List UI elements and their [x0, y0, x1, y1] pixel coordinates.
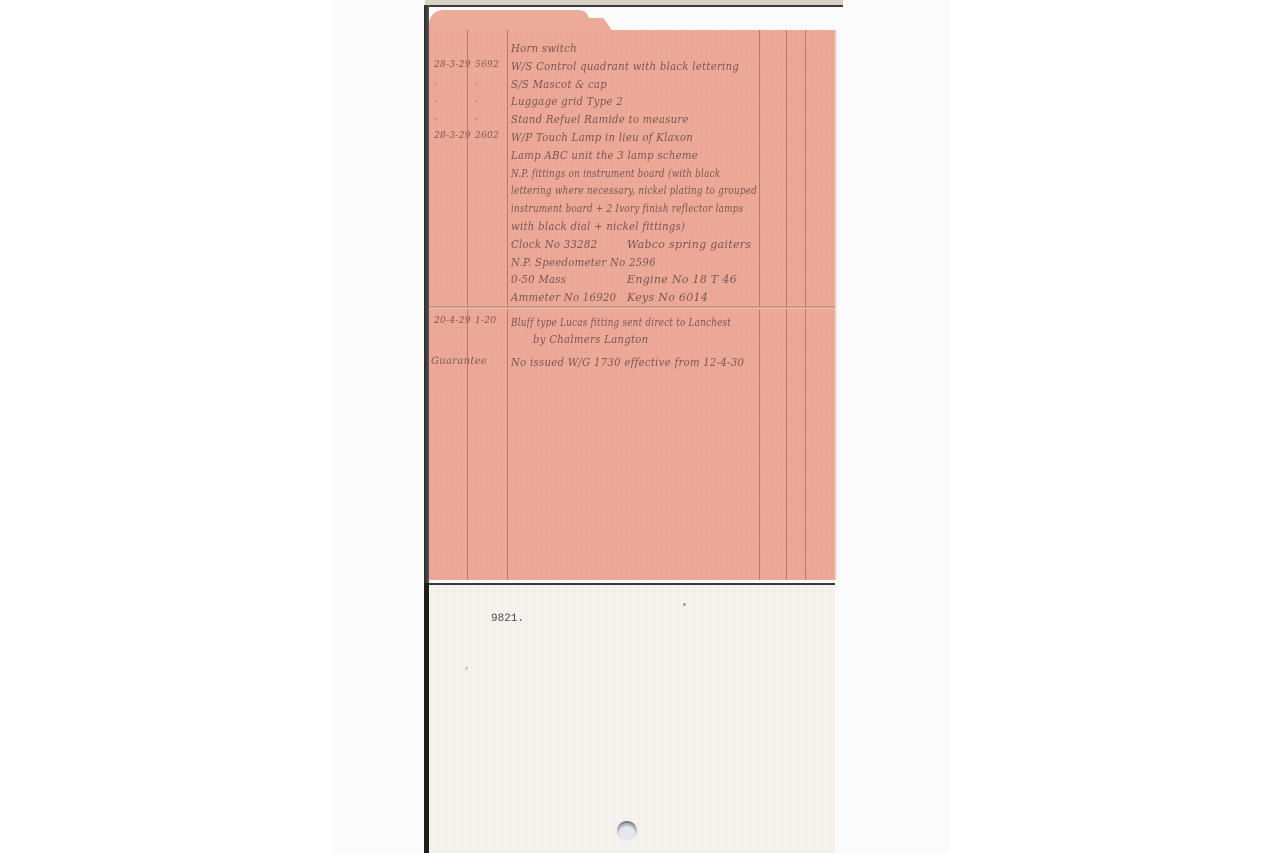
entry-note: Wabco spring gaiters: [627, 238, 751, 251]
entry-description: N.P. fittings on instrument board (with …: [511, 167, 720, 180]
entry-ref: 1-20: [475, 316, 505, 326]
entry-description: W/S Control quadrant with black letterin…: [511, 60, 739, 73]
entry-description: lettering where necessary, nickel platin…: [511, 184, 757, 197]
entry-date: .: [434, 113, 468, 123]
entry-description: with black dial + nickel fittings): [511, 220, 685, 233]
ledger-row: Clock No 33282Wabco spring gaiters: [429, 238, 835, 256]
ledger-row: ..Stand Refuel Ramide to measure: [429, 113, 835, 131]
paper-speck: [465, 667, 468, 670]
entry-description: Horn switch: [511, 42, 577, 55]
entry-description: Clock No 33282: [511, 238, 597, 251]
entry-description: Lamp ABC unit the 3 lamp scheme: [511, 149, 698, 162]
ledger-row: GuaranteeNo issued W/G 1730 effective fr…: [429, 356, 835, 374]
ledger-row: Lamp ABC unit the 3 lamp scheme: [429, 149, 835, 167]
ledger-row: with black dial + nickel fittings): [429, 220, 835, 238]
entry-date: 20-4-29: [434, 316, 468, 326]
entry-ref: .: [475, 113, 505, 123]
entry-description: Luggage grid Type 2: [511, 95, 623, 108]
ledger-row: ..Luggage grid Type 2: [429, 95, 835, 113]
entry-ref: .: [475, 78, 505, 88]
entry-description: 0-50 Mass: [511, 273, 566, 286]
ledger-row: 0-50 MassEngine No 18 T 46: [429, 273, 835, 291]
ledger-row: Ammeter No 16920Keys No 6014: [429, 291, 835, 309]
entry-date: Guarantee: [431, 356, 465, 367]
entry-description: Stand Refuel Ramide to measure: [511, 113, 689, 126]
record-card-reverse: 9821.: [429, 583, 835, 853]
paper-speck: [683, 603, 686, 606]
ledger-row: instrument board + 2 Ivory finish reflec…: [429, 202, 835, 220]
ledger-entries: Horn switch28-3-295692W/S Control quadra…: [429, 10, 835, 580]
entry-description: No issued W/G 1730 effective from 12-4-3…: [511, 356, 744, 369]
entry-note: Keys No 6014: [627, 291, 708, 304]
entry-description: W/P Touch Lamp in lieu of Klaxon: [511, 131, 693, 144]
card-edge: [835, 30, 837, 580]
punch-hole: [617, 821, 637, 841]
ledger-row: 28-3-295692W/S Control quadrant with bla…: [429, 60, 835, 78]
ledger-row: N.P. Speedometer No 2596: [429, 256, 835, 274]
ledger-row: 20-4-291-20Bluff type Lucas fitting sent…: [429, 316, 835, 334]
ledger-row: N.P. fittings on instrument board (with …: [429, 167, 835, 185]
ledger-row: 28-3-292602W/P Touch Lamp in lieu of Kla…: [429, 131, 835, 149]
ledger-row: lettering where necessary, nickel platin…: [429, 184, 835, 202]
scanner-edge: [425, 0, 843, 7]
entry-ref: 2602: [475, 131, 505, 141]
entry-ref: 5692: [475, 60, 505, 70]
entry-description: N.P. Speedometer No 2596: [511, 256, 656, 269]
entry-ref: .: [475, 95, 505, 105]
entry-description: by Chalmers Langton: [533, 333, 648, 346]
entry-note: Engine No 18 T 46: [627, 273, 737, 286]
entry-description: S/S Mascot & cap: [511, 78, 607, 91]
entry-date: .: [434, 78, 468, 88]
ledger-row: Horn switch: [429, 42, 835, 60]
entry-date: 28-3-29: [434, 131, 468, 141]
entry-description: Ammeter No 16920: [511, 291, 614, 304]
entry-description: Bluff type Lucas fitting sent direct to …: [511, 316, 731, 329]
ledger-row: ..S/S Mascot & cap: [429, 78, 835, 96]
entry-date: .: [434, 95, 468, 105]
entry-description: instrument board + 2 Ivory finish reflec…: [511, 202, 743, 215]
card-number: 9821.: [491, 613, 524, 625]
record-card-front: Horn switch28-3-295692W/S Control quadra…: [429, 10, 835, 580]
ledger-row: by Chalmers Langton: [429, 333, 835, 351]
entry-date: 28-3-29: [434, 60, 468, 70]
